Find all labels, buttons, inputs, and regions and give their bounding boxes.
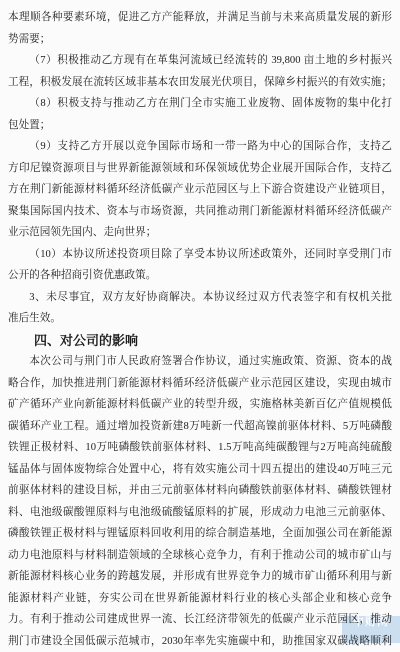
document-line: 3、未尽事宜，双方友好协商解决。本协议经过双方代表签字和有权机关批: [8, 287, 392, 309]
document-line: 铁锂正极材料、10万吨磷酸铁前驱体材料、1.5万吨高纯碳酸锂与2万吨高纯硫酸: [8, 437, 392, 459]
document-line: （9）支持乙方开展以竞争国际市场和一带一路为中心的国际合作，支持乙: [8, 136, 392, 158]
document-line: 工程，积极发展在流转区域非基本农田发展光伏项目，保障乡村振兴的有效实施；: [8, 72, 392, 94]
document-line: 前驱体材料的建设目标，并由三元前驱体材料向磷酸铁前驱体材料、磷酸铁锂材: [8, 480, 392, 502]
document-line: 新能源材料核心业务的跨越发展，并形成有世界竞争力的城市矿山循环利用与新: [8, 566, 392, 588]
document-line: （10）本协议所述投资项目除了享受本协议所述政策外，还同时享受荆门市: [8, 244, 392, 266]
document-line: 聚集国际国内技术、资本与市场资源，共同推动荆门新能源材料循环经济低碳产: [8, 201, 392, 223]
document-line: 包处置；: [8, 115, 392, 137]
document-line: 本理顺各种要素环境，促进乙方产能释放，并满足当前与未来高质量发展的新形: [8, 7, 392, 29]
section-heading: 四、对公司的影响: [8, 330, 392, 352]
document-line: 方印尼镍资源项目与世界新能源领域和环保领域优势企业展开国际合作，支持乙: [8, 158, 392, 180]
document-line: 业示范园领先国内、走向世界；: [8, 222, 392, 244]
document-line: 公开的各种招商引资优惠政策。: [8, 265, 392, 287]
document-line: 能源材料产业链，夯实公司在世界新能源材料行业的核心头部企业和核心竞争: [8, 588, 392, 610]
document-line: 锰晶体与固体废物综合处置中心，将有效实施公司十四五提出的建设40万吨三元: [8, 459, 392, 481]
document-line: 略合作，加快推进荆门新能源材料循环经济低碳产业示范园区建设，实现由城市: [8, 373, 392, 395]
document-line: 方在荆门新能源材料循环经济低碳产业示范园区与上下游合资建设产业链项目，: [8, 179, 392, 201]
document-line: （7）积极推动乙方现有在革集河流域已经流转的 39,800 亩土地的乡村振兴: [8, 50, 392, 72]
document-line: 荆门市建设全国低碳示范城市，2030年率先实施碳中和，助推国家双碳战略顺利: [8, 631, 392, 652]
document-line: 碳循环产业工程。通过增加投资新建8万吨新一代超高镍前驱体材料、5万吨磷酸: [8, 416, 392, 438]
document-body: 本理顺各种要素环境，促进乙方产能释放，并满足当前与未来高质量发展的新形势需要；（…: [0, 0, 400, 652]
document-line: 力。有利于推动公司建成世界一流、长江经济带领先的低碳产业示范园区，推动: [8, 609, 392, 631]
document-line: 磷酸铁锂正极材料与锂锰原料回收利用的综合制造基地，全面加强公司在新能源: [8, 523, 392, 545]
document-line: 本次公司与荆门市人民政府签署合作协议，通过实施政策、资源、资本的战: [8, 351, 392, 373]
document-line: 矿产循环产业向新能源材料低碳产业的转型升级，实施格林美新百亿产值规模低: [8, 394, 392, 416]
document-line: 动力电池原料与材料制造领域的全球核心竞争力，有利于推动公司的城市矿山与: [8, 545, 392, 567]
document-line: 料、电池级碳酸锂原料与电池级硫酸锰原料的扩展，形成动力电池三元前驱体、: [8, 502, 392, 524]
document-page: 中财网 本理顺各种要素环境，促进乙方产能释放，并满足当前与未来高质量发展的新形势…: [0, 0, 400, 652]
document-line: 准后生效。: [8, 308, 392, 330]
document-line: 势需要；: [8, 29, 392, 51]
document-line: （8）积极支持与推动乙方在荆门全市实施工业废物、固体废物的集中化打: [8, 93, 392, 115]
